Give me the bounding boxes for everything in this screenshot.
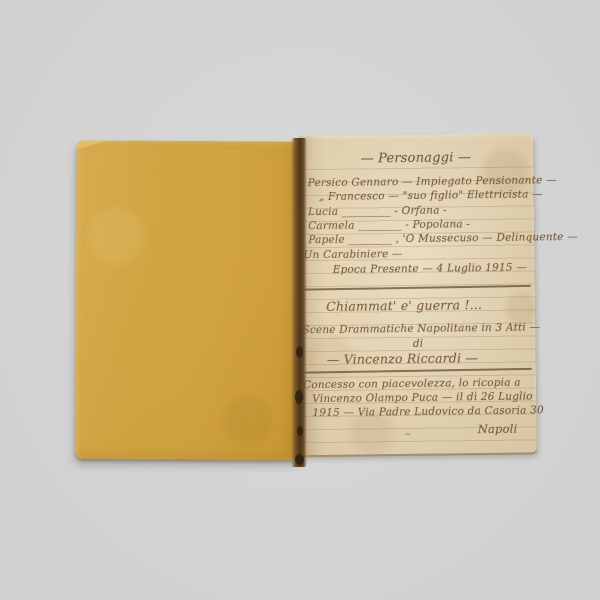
- notebook-photo: — Personaggi — Persico Gennaro — Impiega…: [0, 0, 600, 600]
- binding-stitch: [295, 454, 304, 465]
- cast-line-carmela: Carmela ________ - Popolana -: [308, 218, 470, 232]
- play-title: Chiammat' e' guerra !...: [326, 297, 482, 314]
- binding-stitch: [295, 390, 303, 404]
- page-spine: [291, 138, 307, 467]
- binding-stitch: [296, 346, 303, 358]
- cast-line-lucia: Lucia _________ - Orfana -: [308, 204, 447, 218]
- binding-stitch: [297, 426, 303, 436]
- signature: Napoli: [478, 422, 518, 436]
- pen-flourish-mark: ~: [404, 430, 412, 440]
- cover-stains: [75, 140, 298, 459]
- cast-line-carabiniere: Un Carabiniere —: [303, 248, 402, 261]
- left-cover-page: [75, 140, 298, 459]
- manuscript-title: — Personaggi —: [298, 149, 533, 167]
- epoch-line: Epoca Presente — 4 Luglio 1915 —: [333, 261, 527, 275]
- cast-line-papele: Papele ________ , 'O Mussecuso — Delinqu…: [308, 231, 578, 246]
- author-line: — Vincenzo Riccardi —: [327, 350, 479, 367]
- right-manuscript-page: — Personaggi — Persico Gennaro — Impiega…: [298, 133, 537, 455]
